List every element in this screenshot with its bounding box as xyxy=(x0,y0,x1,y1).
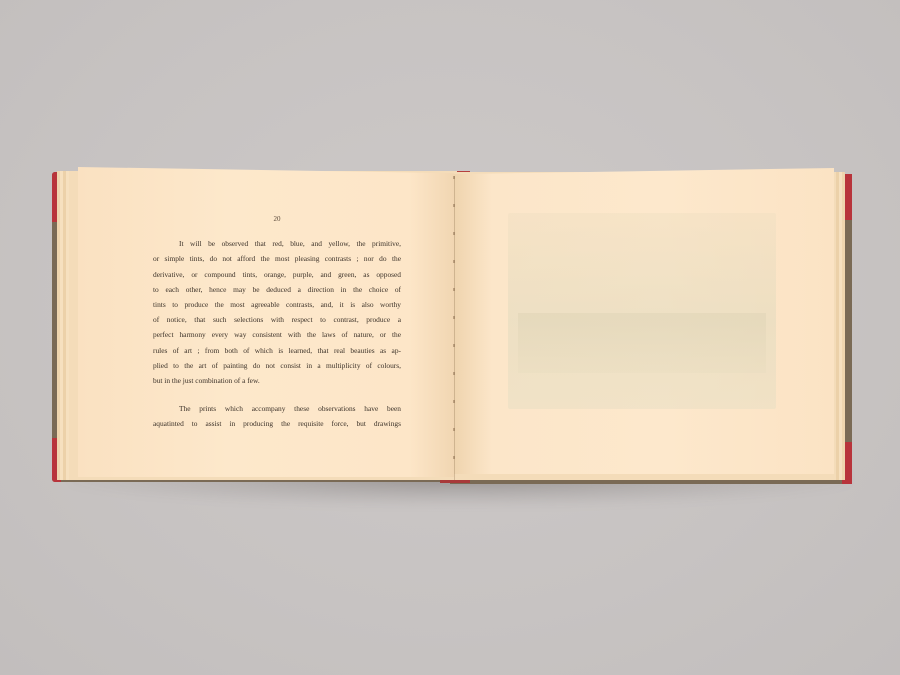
text-line: to each other, hence may be deduced a di… xyxy=(153,282,401,297)
plate-offset-ghost xyxy=(508,213,776,409)
text-line: perfect harmony every way consistent wit… xyxy=(153,327,401,342)
paragraph-2: The prints which accompany these observa… xyxy=(153,401,401,431)
text-line: aquatinted to assist in producing the re… xyxy=(153,416,401,431)
binding-stitches xyxy=(453,176,455,480)
text-line: plied to the art of painting do not cons… xyxy=(153,358,401,373)
text-line: tints to produce the most agreeable cont… xyxy=(153,297,401,312)
text-line: of notice, that such selections with res… xyxy=(153,312,401,327)
text-line: It will be observed that red, blue, and … xyxy=(153,236,401,251)
paragraph-1: It will be observed that red, blue, and … xyxy=(153,236,401,388)
left-page-text: 20 It will be observed that red, blue, a… xyxy=(153,212,401,432)
text-line: derivative, or compound tints, orange, p… xyxy=(153,267,401,282)
text-line: but in the just combination of a few. xyxy=(153,373,401,388)
page-number: 20 xyxy=(153,212,401,227)
text-line: or simple tints, do not afford the most … xyxy=(153,251,401,266)
text-line: The prints which accompany these observa… xyxy=(153,401,401,416)
paragraph-gap xyxy=(153,388,401,401)
text-line: rules of art ; from both of which is lea… xyxy=(153,343,401,358)
spine-red-bottom xyxy=(440,480,470,483)
